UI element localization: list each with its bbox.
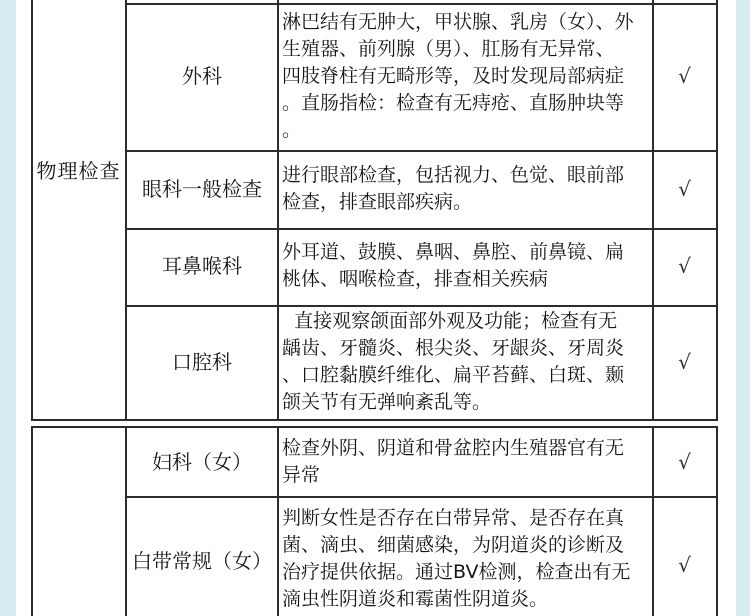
left-margin-strip (0, 0, 16, 616)
grid-line-horizontal (125, 228, 718, 230)
grid-line-horizontal (31, 419, 718, 421)
exam-name-gynecology: 妇科（女） (126, 449, 278, 475)
exam-name-surgery: 外科 (126, 63, 278, 89)
exam-name-ent: 耳鼻喉科 (126, 253, 278, 279)
exam-name-dental: 口腔科 (126, 349, 278, 375)
exam-description-surgery: 淋巴结有无肿大，甲状腺、乳房（女）、外 生殖器、前列腺（男）、肛肠有无异常、 四… (282, 9, 654, 144)
page: 物理检查 外科 淋巴结有无肿大，甲状腺、乳房（女）、外 生殖器、前列腺（男）、肛… (0, 0, 750, 616)
exam-description-gynecology: 检查外阴、阴道和骨盆腔内生殖器官有无 异常 (282, 435, 654, 489)
exam-name-leucorrhea: 白带常规（女） (126, 548, 278, 574)
grid-line-horizontal (125, 496, 718, 498)
checkmark-icon: √ (653, 552, 716, 578)
grid-line-horizontal (125, 150, 718, 152)
grid-line-vertical (31, 426, 33, 616)
exam-name-eye: 眼科一般检查 (126, 176, 278, 202)
checkmark-icon: √ (653, 253, 716, 279)
grid-line-horizontal (31, 426, 718, 428)
checkmark-icon: √ (653, 349, 716, 375)
grid-line-vertical (716, 426, 718, 616)
checkmark-icon: √ (653, 449, 716, 475)
checkmark-icon: √ (653, 63, 716, 89)
exam-description-leucorrhea: 判断女性是否存在白带异常、是否存在真 菌、滴虫、细菌感染，为阴道炎的诊断及 治疗… (282, 505, 654, 613)
grid-line-vertical (716, 0, 718, 421)
checkmark-icon: √ (653, 176, 716, 202)
exam-description-ent: 外耳道、鼓膜、鼻咽、鼻腔、前鼻镜、扁 桃体、咽喉检查，排查相关疾病 (282, 239, 654, 293)
grid-line-vertical (31, 0, 33, 421)
right-margin-strip (736, 0, 750, 616)
category-label: 物理检查 (31, 158, 126, 184)
grid-line-horizontal (125, 3, 718, 5)
grid-line-horizontal (125, 305, 718, 307)
exam-description-eye: 进行眼部检查，包括视力、色觉、眼前部 检查，排查眼部疾病。 (282, 162, 654, 216)
exam-description-dental: 直接观察颌面部外观及功能；检查有无 龋齿、牙髓炎、根尖炎、牙龈炎、牙周炎 、口腔… (282, 308, 654, 416)
